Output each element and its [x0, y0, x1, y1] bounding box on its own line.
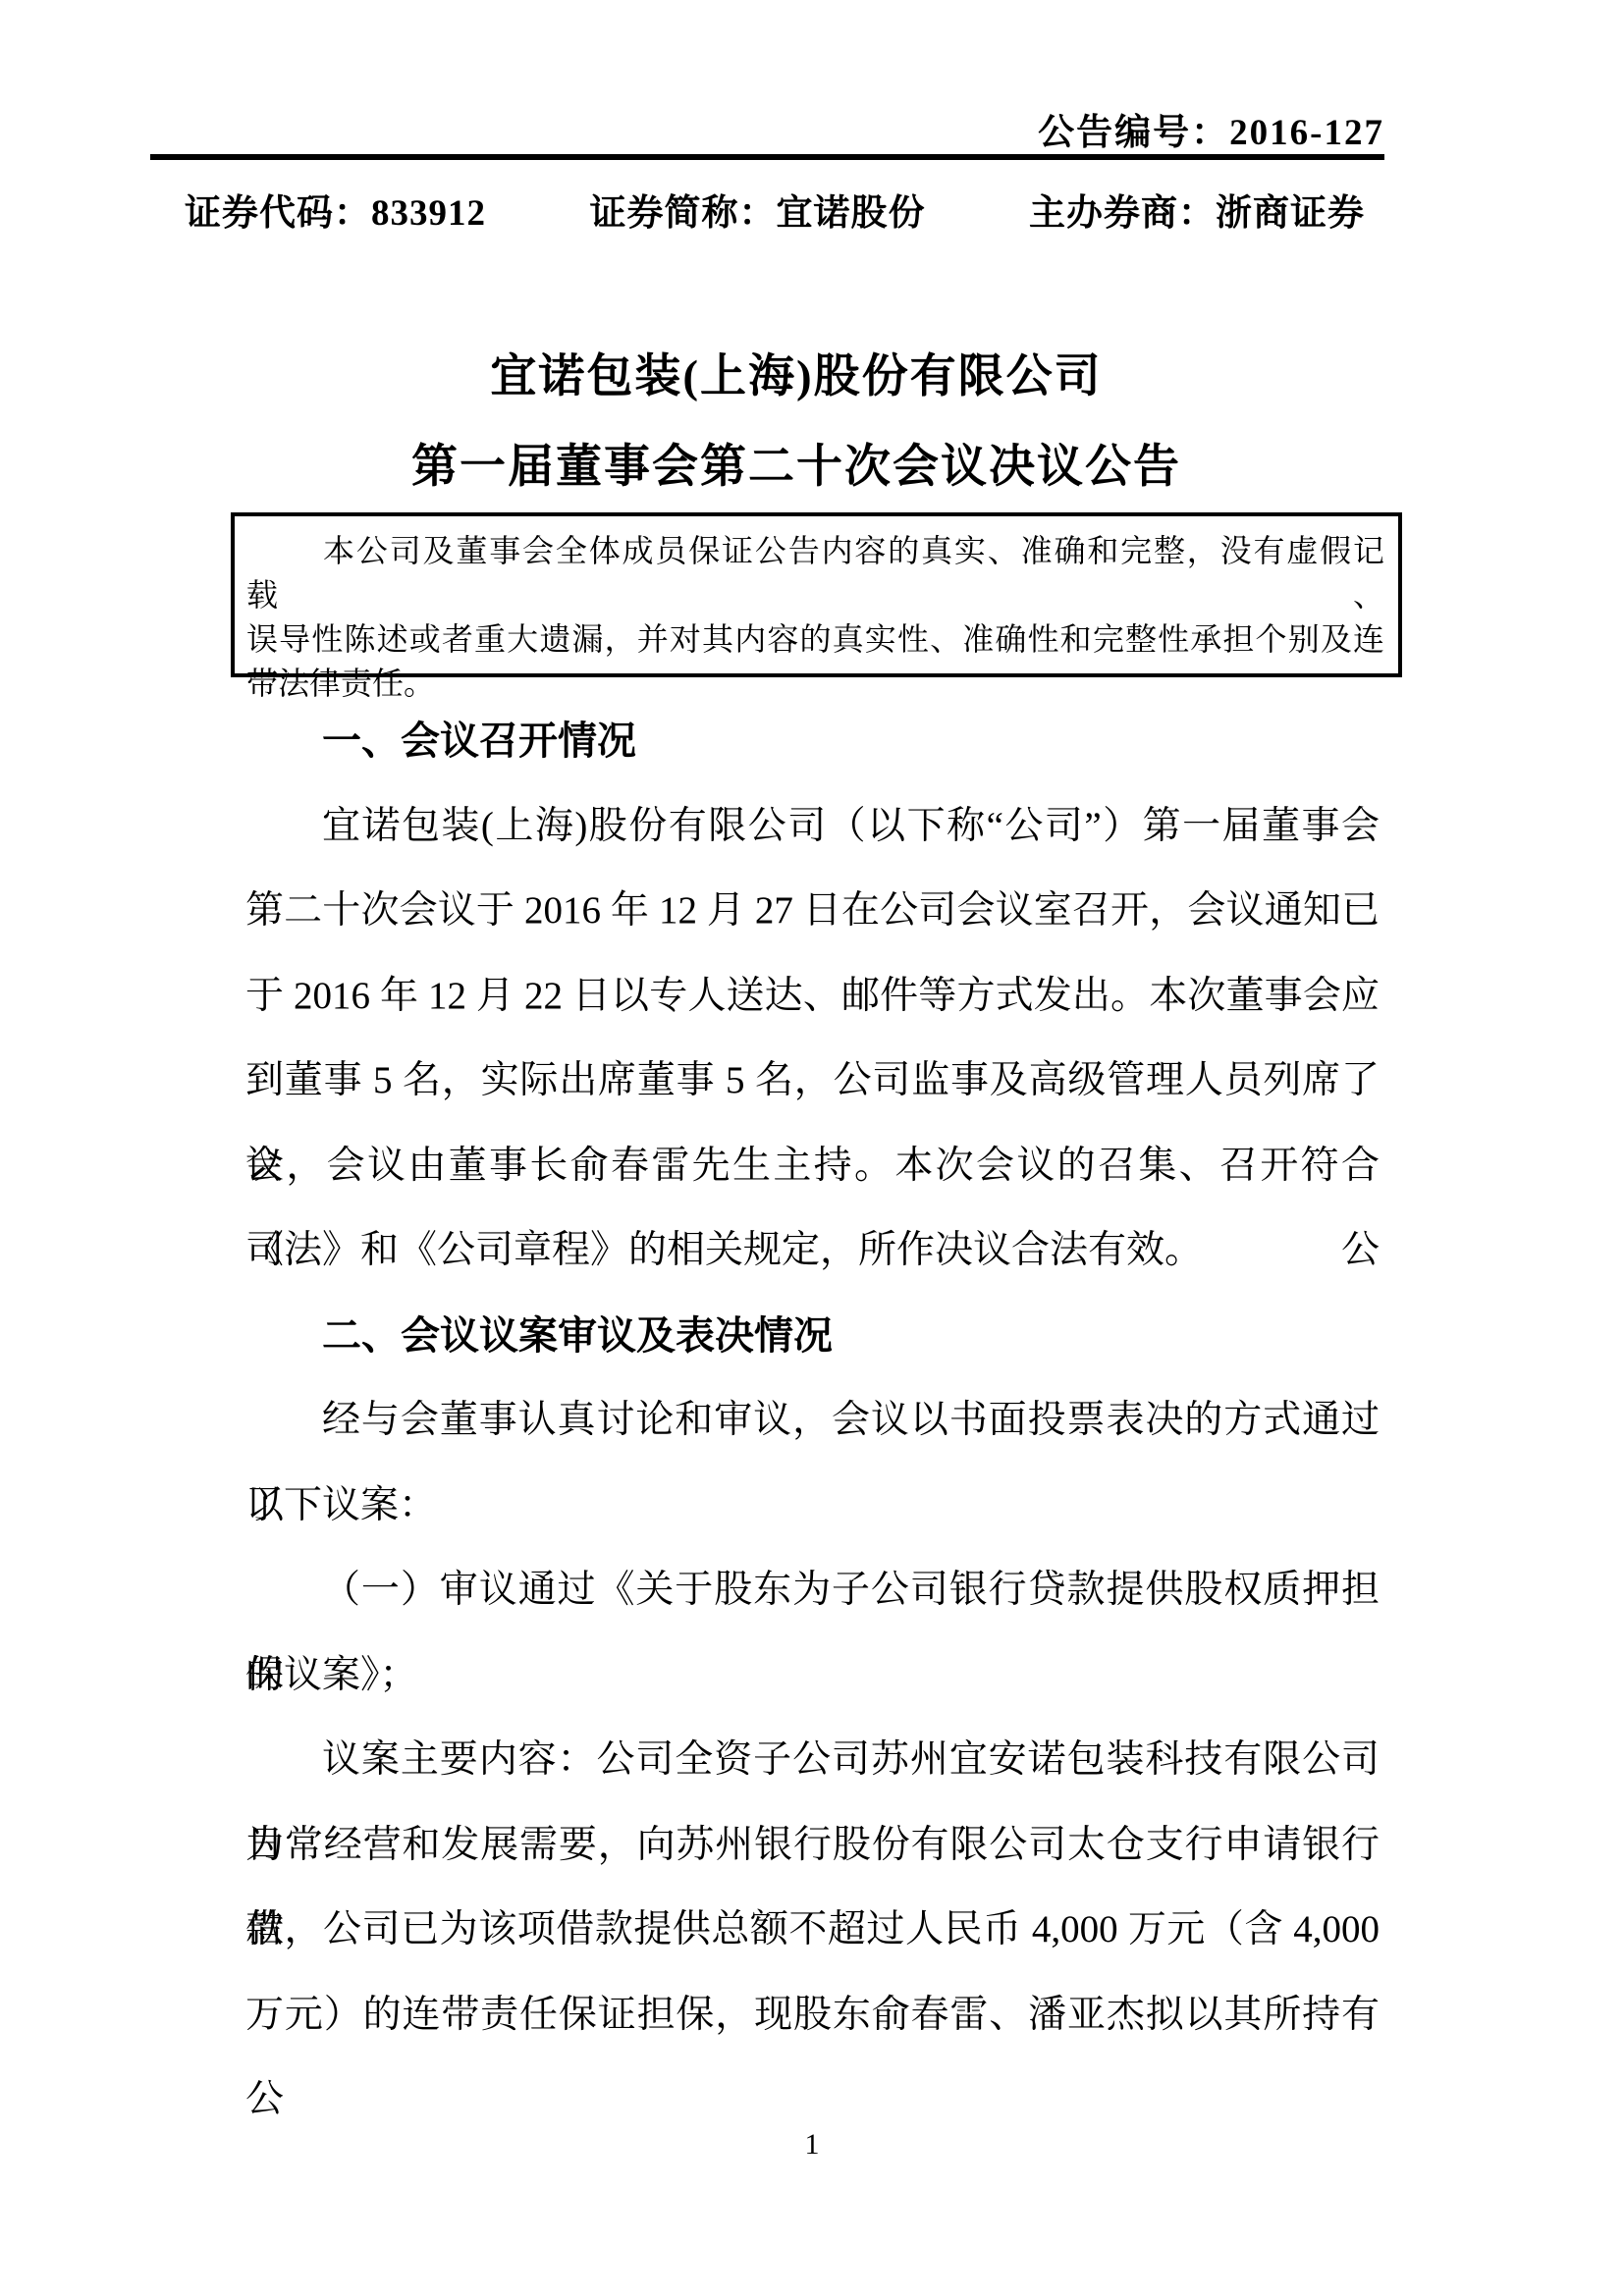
stock-code-label: 证券代码：833912 — [185, 183, 486, 236]
stock-name-label: 证券简称：宜诺股份 — [590, 183, 926, 236]
body-line: 于 2016 年 12 月 22 日以专人送达、邮件等方式发出。本次董事会应 — [245, 954, 1380, 1040]
document-body: 一、会议召开情况 宜诺包装(上海)股份有限公司（以下称“公司”）第一届董事会 第… — [245, 699, 1380, 2057]
document-page: 公告编号：2016-127 证券代码：833912 证券简称：宜诺股份 主办券商… — [0, 0, 1624, 2296]
body-line: 到董事 5 名，实际出席董事 5 名，公司监事及高级管理人员列席了会 — [245, 1039, 1380, 1124]
body-line: 以下议案： — [245, 1464, 1380, 1549]
body-line: 的议案》； — [245, 1633, 1380, 1719]
body-line: 万元）的连带责任保证担保，现股东俞春雷、潘亚杰拟以其所持有公 — [245, 1973, 1380, 2058]
page-number: 1 — [0, 2128, 1624, 2162]
body-line: （一）审议通过《关于股东为子公司银行贷款提供股权质押担保 — [245, 1548, 1380, 1633]
section-heading-2: 二、会议议案审议及表决情况 — [245, 1294, 1380, 1379]
title-block: 宜诺包装(上海)股份有限公司 第一届董事会第二十次会议决议公告 — [150, 332, 1442, 512]
disclaimer-box: 本公司及董事会全体成员保证公告内容的真实、准确和完整，没有虚假记载、 误导性陈述… — [231, 512, 1402, 677]
sponsor-label: 主办券商：浙商证券 — [1029, 183, 1365, 236]
disclaimer-line: 本公司及董事会全体成员保证公告内容的真实、准确和完整，没有虚假记载、 — [246, 529, 1384, 617]
disclaimer-line: 误导性陈述或者重大遗漏，并对其内容的真实性、准确性和完整性承担个别及连 — [246, 617, 1384, 662]
body-line: 议，会议由董事长俞春雷先生主持。本次会议的召集、召开符合《公 — [245, 1124, 1380, 1209]
body-line: 款，公司已为该项借款提供总额不超过人民币 4,000 万元（含 4,000 — [245, 1888, 1380, 1973]
body-line: 日常经营和发展需要，向苏州银行股份有限公司太仓支行申请银行借 — [245, 1803, 1380, 1889]
document-subtitle: 第一届董事会第二十次会议决议公告 — [150, 422, 1442, 512]
securities-info-row: 证券代码：833912 证券简称：宜诺股份 主办券商：浙商证券 — [185, 183, 1365, 236]
body-line: 议案主要内容：公司全资子公司苏州宜安诺包装科技有限公司为 — [245, 1718, 1380, 1803]
body-line: 经与会董事认真讨论和审议，会议以书面投票表决的方式通过了 — [245, 1378, 1380, 1464]
notice-number: 公告编号：2016-127 — [150, 102, 1384, 155]
document-title: 宜诺包装(上海)股份有限公司 — [150, 332, 1442, 422]
body-line: 宜诺包装(上海)股份有限公司（以下称“公司”）第一届董事会 — [245, 784, 1380, 870]
section-heading-1: 一、会议召开情况 — [245, 699, 1380, 784]
header-divider-rule — [150, 154, 1384, 160]
body-line: 第二十次会议于 2016 年 12 月 27 日在公司会议室召开，会议通知已 — [245, 869, 1380, 954]
